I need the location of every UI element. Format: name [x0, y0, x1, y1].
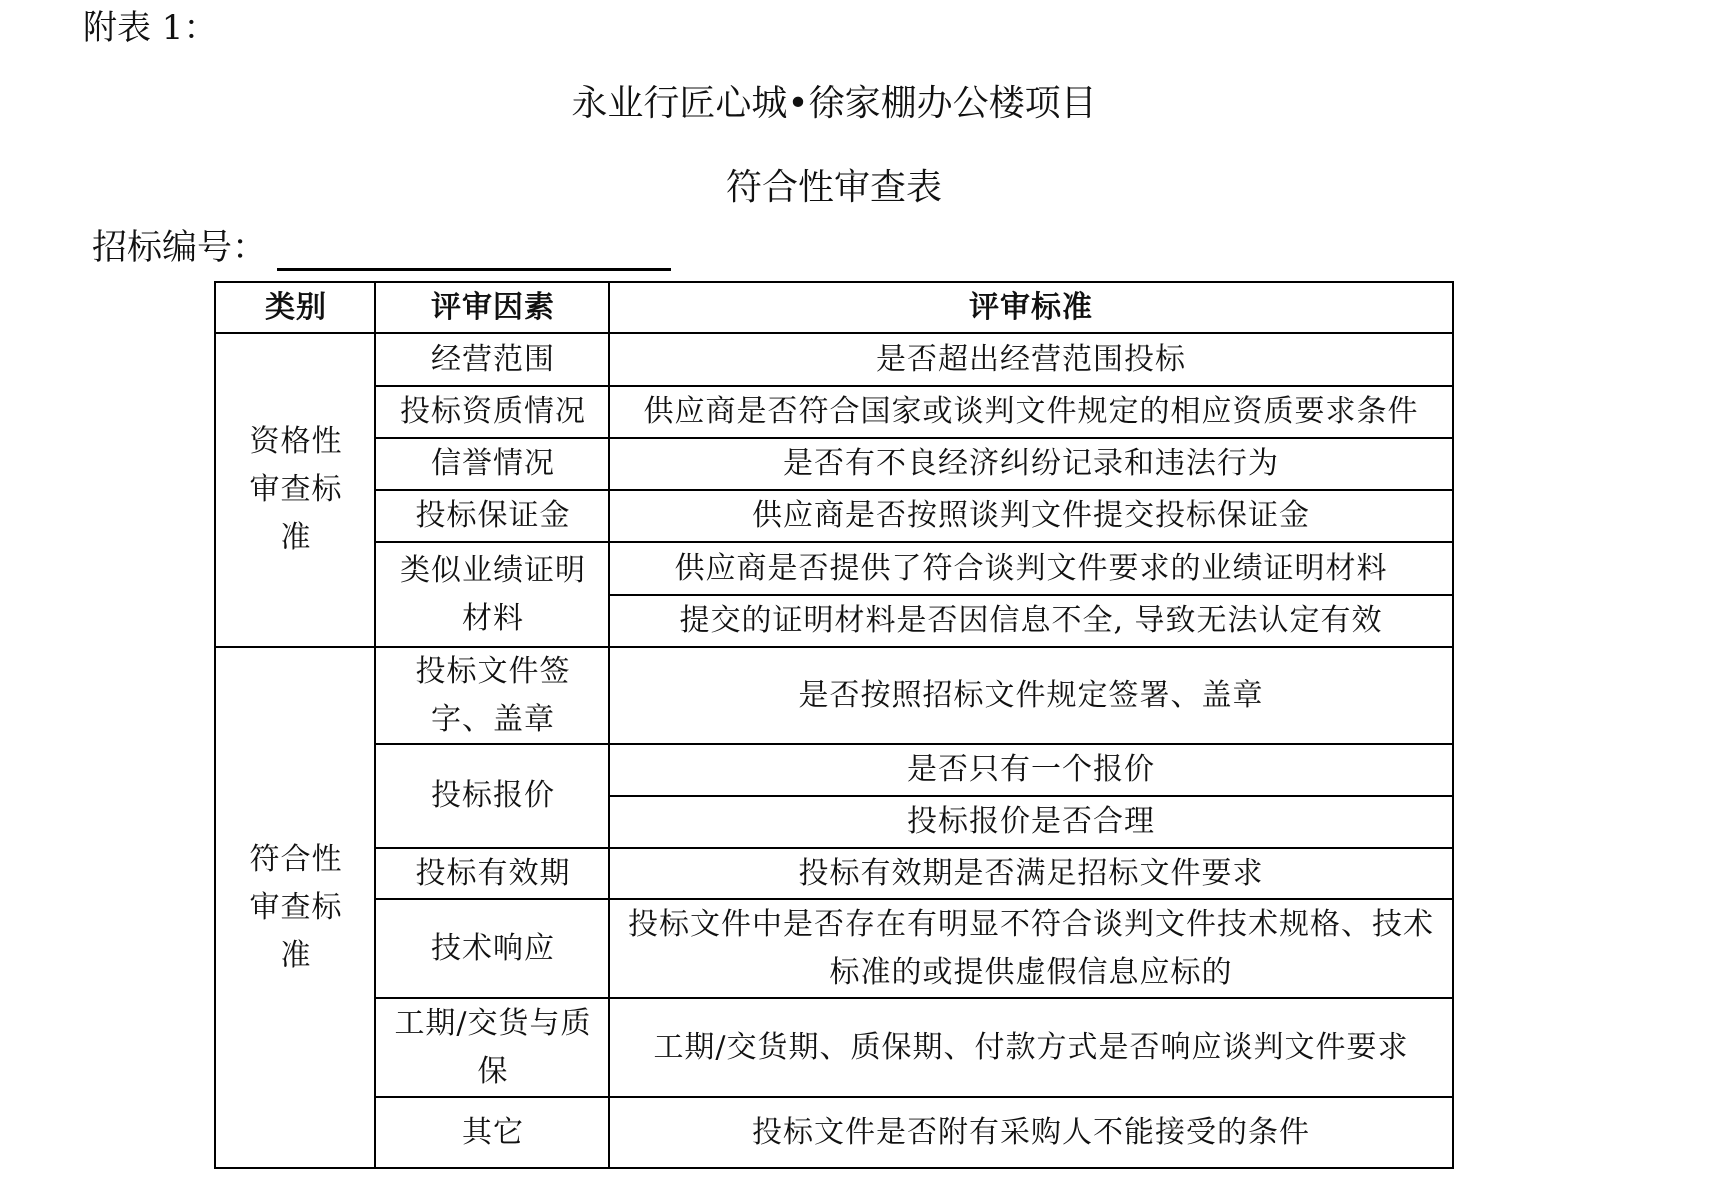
compliance-review-table: 类别 评审因素 评审标准 资格性审查标准 经营范围 是否超出经营范围投标 投标资…: [214, 281, 1454, 1169]
factor-cell: 经营范围: [376, 334, 610, 385]
factor-cell: 信誉情况: [376, 439, 610, 489]
factor-cell: 其它: [376, 1098, 610, 1167]
criteria-cell: 投标报价是否合理: [610, 797, 1452, 847]
criteria-cell: 是否按照招标文件规定签署、盖章: [610, 648, 1452, 743]
factor-cell: 投标保证金: [376, 491, 610, 541]
header-factor: 评审因素: [376, 283, 610, 332]
factor-cell: 技术响应: [376, 900, 610, 997]
criteria-cell: 工期/交货期、质保期、付款方式是否响应谈判文件要求: [610, 999, 1452, 1096]
bid-number-field[interactable]: [277, 268, 671, 271]
factor-cell: 投标资质情况: [376, 387, 610, 437]
appendix-label: 附表 1：: [83, 6, 217, 50]
category-compliance: 符合性审查标准: [216, 648, 376, 1167]
criteria-cell: 投标有效期是否满足招标文件要求: [610, 849, 1452, 898]
criteria-cell: 是否只有一个报价: [610, 745, 1452, 795]
criteria-cell: 供应商是否符合国家或谈判文件规定的相应资质要求条件: [610, 387, 1452, 437]
document-title: 永业行匠心城•徐家棚办公楼项目: [0, 82, 1668, 126]
criteria-cell: 提交的证明材料是否因信息不全, 导致无法认定有效: [610, 596, 1452, 646]
category-qualification: 资格性审查标准: [216, 334, 376, 646]
document-subtitle: 符合性审查表: [0, 166, 1668, 210]
factor-cell: 类似业绩证明材料: [376, 543, 610, 646]
criteria-cell: 投标文件中是否存在有明显不符合谈判文件技术规格、技术标准的或提供虚假信息应标的: [610, 900, 1452, 997]
criteria-cell: 是否超出经营范围投标: [610, 334, 1452, 385]
criteria-cell: 供应商是否提供了符合谈判文件要求的业绩证明材料: [610, 543, 1452, 594]
factor-cell: 投标报价: [376, 745, 610, 847]
criteria-cell: 供应商是否按照谈判文件提交投标保证金: [610, 491, 1452, 541]
criteria-cell: 是否有不良经济纠纷记录和违法行为: [610, 439, 1452, 489]
factor-cell: 投标有效期: [376, 849, 610, 898]
header-criteria: 评审标准: [610, 283, 1452, 332]
factor-cell: 投标文件签字、盖章: [376, 648, 610, 743]
factor-cell: 工期/交货与质保: [376, 999, 610, 1096]
header-category: 类别: [216, 283, 376, 332]
bid-number-label: 招标编号：: [92, 226, 267, 270]
criteria-cell: 投标文件是否附有采购人不能接受的条件: [610, 1098, 1452, 1167]
